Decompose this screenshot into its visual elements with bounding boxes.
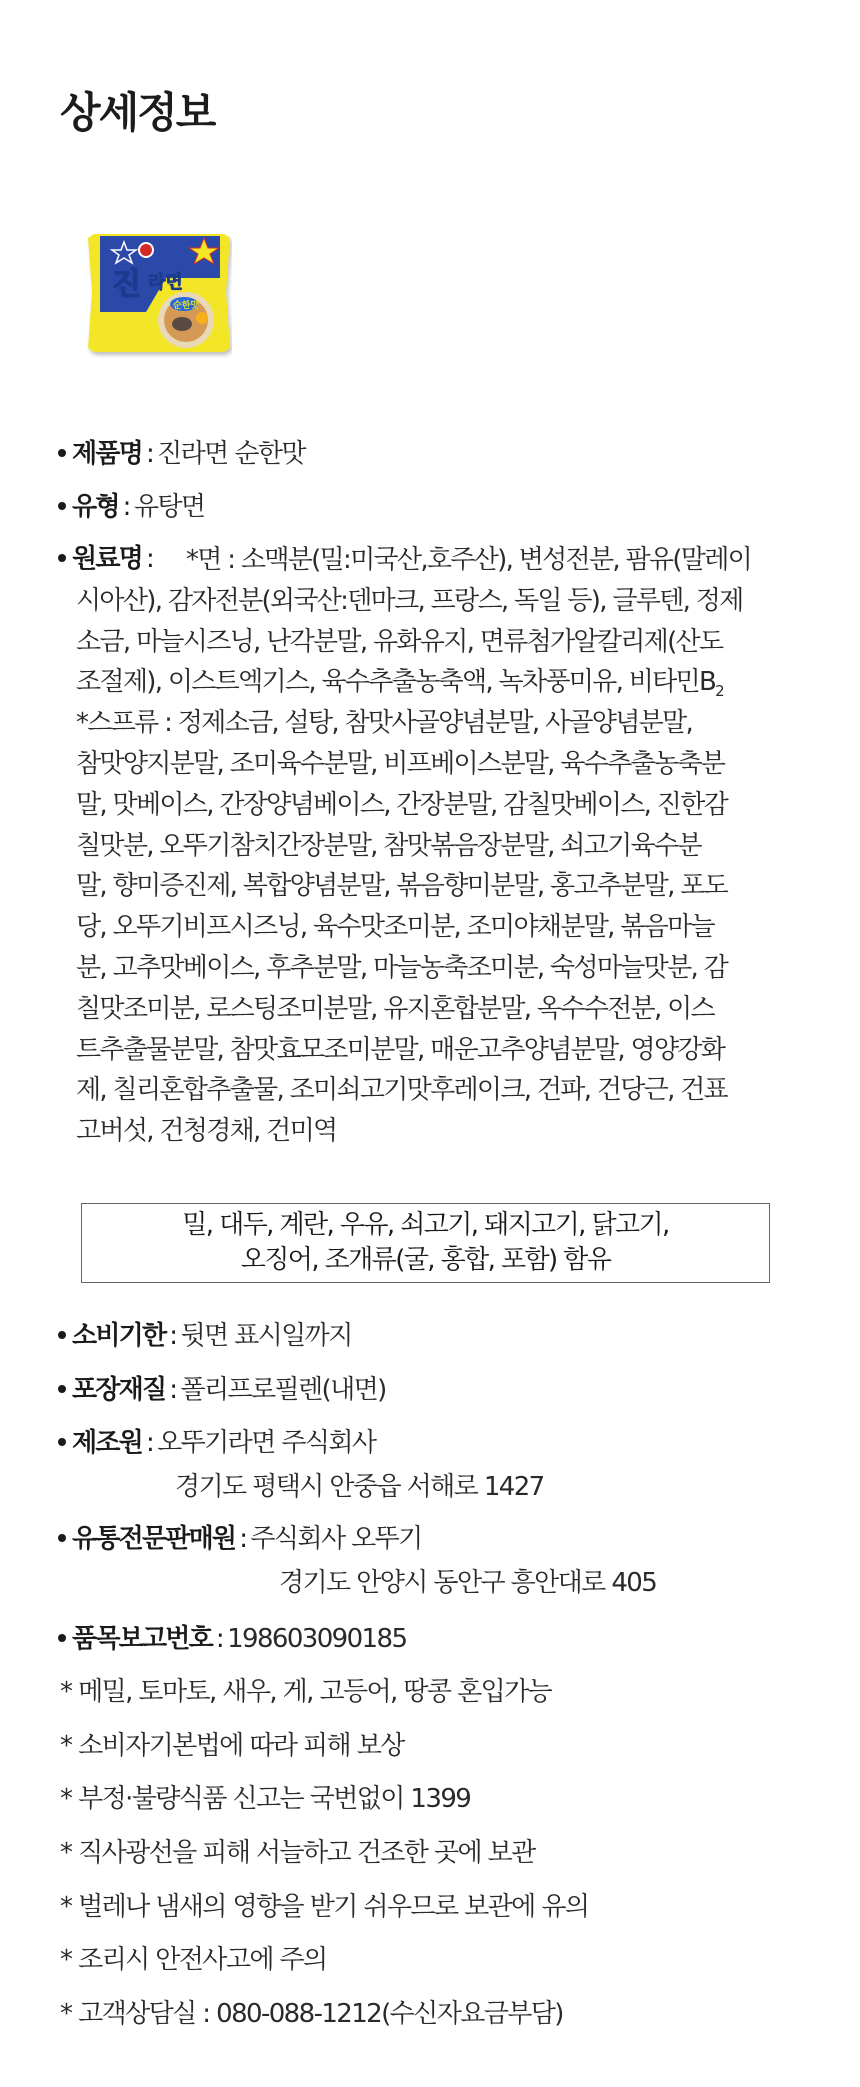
ingredients-line: 조절제), 이스트엑기스, 육수추출농축액, 녹차풍미유, 비타민B2 bbox=[76, 662, 796, 703]
ingredients-line: 칠맛조미분, 로스팅조미분말, 유지혼합분말, 옥수수전분, 이스 bbox=[76, 989, 796, 1030]
allergen-line: 밀, 대두, 계란, 우유, 쇠고기, 돼지고기, 닭고기, bbox=[82, 1208, 769, 1243]
bullet-icon bbox=[58, 554, 66, 562]
field-value: 유탕면 bbox=[134, 492, 205, 522]
bullet-icon bbox=[58, 1385, 66, 1393]
ingredients-line: *면 : 소맥분(밀:미국산,호주산), 변성전분, 팜유(말레이 bbox=[76, 540, 796, 581]
ingredients-line: 말, 맛베이스, 간장양념베이스, 간장분말, 감칠맛베이스, 진한감 bbox=[76, 785, 796, 826]
allergen-line: 오징어, 조개류(굴, 홍합, 포함) 함유 bbox=[82, 1243, 769, 1278]
note-item: * 조리시 안전사고에 주의 bbox=[60, 1942, 327, 1978]
field-distributor: 유통전문판매원:주식회사 오뚜기 bbox=[58, 1521, 422, 1557]
field-type: 유형:유탕면 bbox=[58, 489, 204, 525]
ingredients-line: 참맛양지분말, 조미육수분말, 비프베이스분말, 육수추출농축분 bbox=[76, 744, 796, 785]
field-label: 유형 bbox=[72, 492, 119, 522]
field-label: 제품명 bbox=[72, 439, 142, 469]
note-item: * 소비자기본법에 따라 피해 보상 bbox=[60, 1728, 404, 1764]
field-label: 유통전문판매원 bbox=[72, 1524, 235, 1554]
ingredients-line: *스프류 : 정제소금, 설탕, 참맛사골양념분말, 사골양념분말, bbox=[76, 703, 796, 744]
note-item: * 직사광선을 피해 서늘하고 건조한 곳에 보관 bbox=[60, 1835, 535, 1871]
field-report-number: 품목보고번호:198603090185 bbox=[58, 1621, 406, 1657]
note-item: * 메밀, 토마토, 새우, 게, 고등어, 땅콩 혼입가능 bbox=[60, 1674, 551, 1710]
note-item: * 벌레나 냄새의 영향을 받기 쉬우므로 보관에 유의 bbox=[60, 1889, 588, 1925]
svg-text:순한맛: 순한맛 bbox=[173, 299, 199, 311]
ingredients-line: 제, 칠리혼합추출물, 조미쇠고기맛후레이크, 건파, 건당근, 건표 bbox=[76, 1070, 796, 1111]
field-value: 오뚜기라면 주식회사 bbox=[157, 1428, 375, 1458]
field-value: 폴리프로필렌(내면) bbox=[180, 1375, 385, 1405]
bullet-icon bbox=[58, 1331, 66, 1339]
ingredients-line: 말, 향미증진제, 복합양념분말, 볶음향미분말, 홍고추분말, 포도 bbox=[76, 866, 796, 907]
field-value: 뒷면 표시일까지 bbox=[180, 1321, 351, 1351]
distributor-address: 경기도 안양시 동안구 흥안대로 405 bbox=[279, 1565, 656, 1601]
ingredients-line: 고버섯, 건청경채, 건미역 bbox=[76, 1111, 796, 1152]
field-label: 포장재질 bbox=[72, 1375, 165, 1405]
field-packaging: 포장재질:폴리프로필렌(내면) bbox=[58, 1372, 386, 1408]
bullet-icon bbox=[58, 1634, 66, 1642]
bullet-icon bbox=[58, 1438, 66, 1446]
field-value: 주식회사 오뚜기 bbox=[250, 1524, 421, 1554]
ingredients-line: 분, 고추맛베이스, 후추분말, 마늘농축조미분, 숙성마늘맛분, 감 bbox=[76, 948, 796, 989]
ramen-package-image: 진 라면 순한맛 bbox=[86, 232, 232, 358]
field-product-name: 제품명:진라면 순한맛 bbox=[58, 436, 305, 472]
bullet-icon bbox=[58, 1534, 66, 1542]
manufacturer-address: 경기도 평택시 안중읍 서해로 1427 bbox=[175, 1469, 544, 1505]
ramen-package-icon: 진 라면 순한맛 bbox=[86, 232, 232, 358]
ingredients-list: *면 : 소맥분(밀:미국산,호주산), 변성전분, 팜유(말레이 시아산), … bbox=[76, 540, 796, 1152]
ingredients-line: 당, 오뚜기비프시즈닝, 육수맛조미분, 조미야채분말, 볶음마늘 bbox=[76, 907, 796, 948]
vitamin-subscript: 2 bbox=[715, 683, 723, 701]
field-label: 소비기한 bbox=[72, 1321, 165, 1351]
allergen-box: 밀, 대두, 계란, 우유, 쇠고기, 돼지고기, 닭고기, 오징어, 조개류(… bbox=[81, 1203, 770, 1283]
bullet-icon bbox=[58, 502, 66, 510]
ingredients-line: 칠맛분, 오뚜기참치간장분말, 참맛볶음장분말, 쇠고기육수분 bbox=[76, 826, 796, 867]
field-manufacturer: 제조원:오뚜기라면 주식회사 bbox=[58, 1425, 375, 1461]
svg-text:진: 진 bbox=[112, 267, 141, 302]
ingredients-line: 시아산), 감자전분(외국산:덴마크, 프랑스, 독일 등), 글루텐, 정제 bbox=[76, 581, 796, 622]
bullet-icon bbox=[58, 449, 66, 457]
note-item: * 부정·불량식품 신고는 국번없이 1399 bbox=[60, 1781, 470, 1817]
field-label: 품목보고번호 bbox=[72, 1624, 212, 1654]
field-label: 제조원 bbox=[72, 1428, 142, 1458]
note-item: * 고객상담실 : 080-088-1212(수신자요금부담) bbox=[60, 1996, 563, 2032]
field-value: 198603090185 bbox=[227, 1624, 406, 1654]
field-value: 진라면 순한맛 bbox=[157, 439, 305, 469]
ingredients-line: 소금, 마늘시즈닝, 난각분말, 유화유지, 면류첨가알칼리제(산도 bbox=[76, 622, 796, 663]
svg-text:라면: 라면 bbox=[148, 271, 183, 293]
ingredients-line: 트추출물분말, 참맛효모조미분말, 매운고추양념분말, 영양강화 bbox=[76, 1030, 796, 1071]
field-expiry: 소비기한:뒷면 표시일까지 bbox=[58, 1318, 352, 1354]
page-title: 상세정보 bbox=[60, 80, 214, 140]
